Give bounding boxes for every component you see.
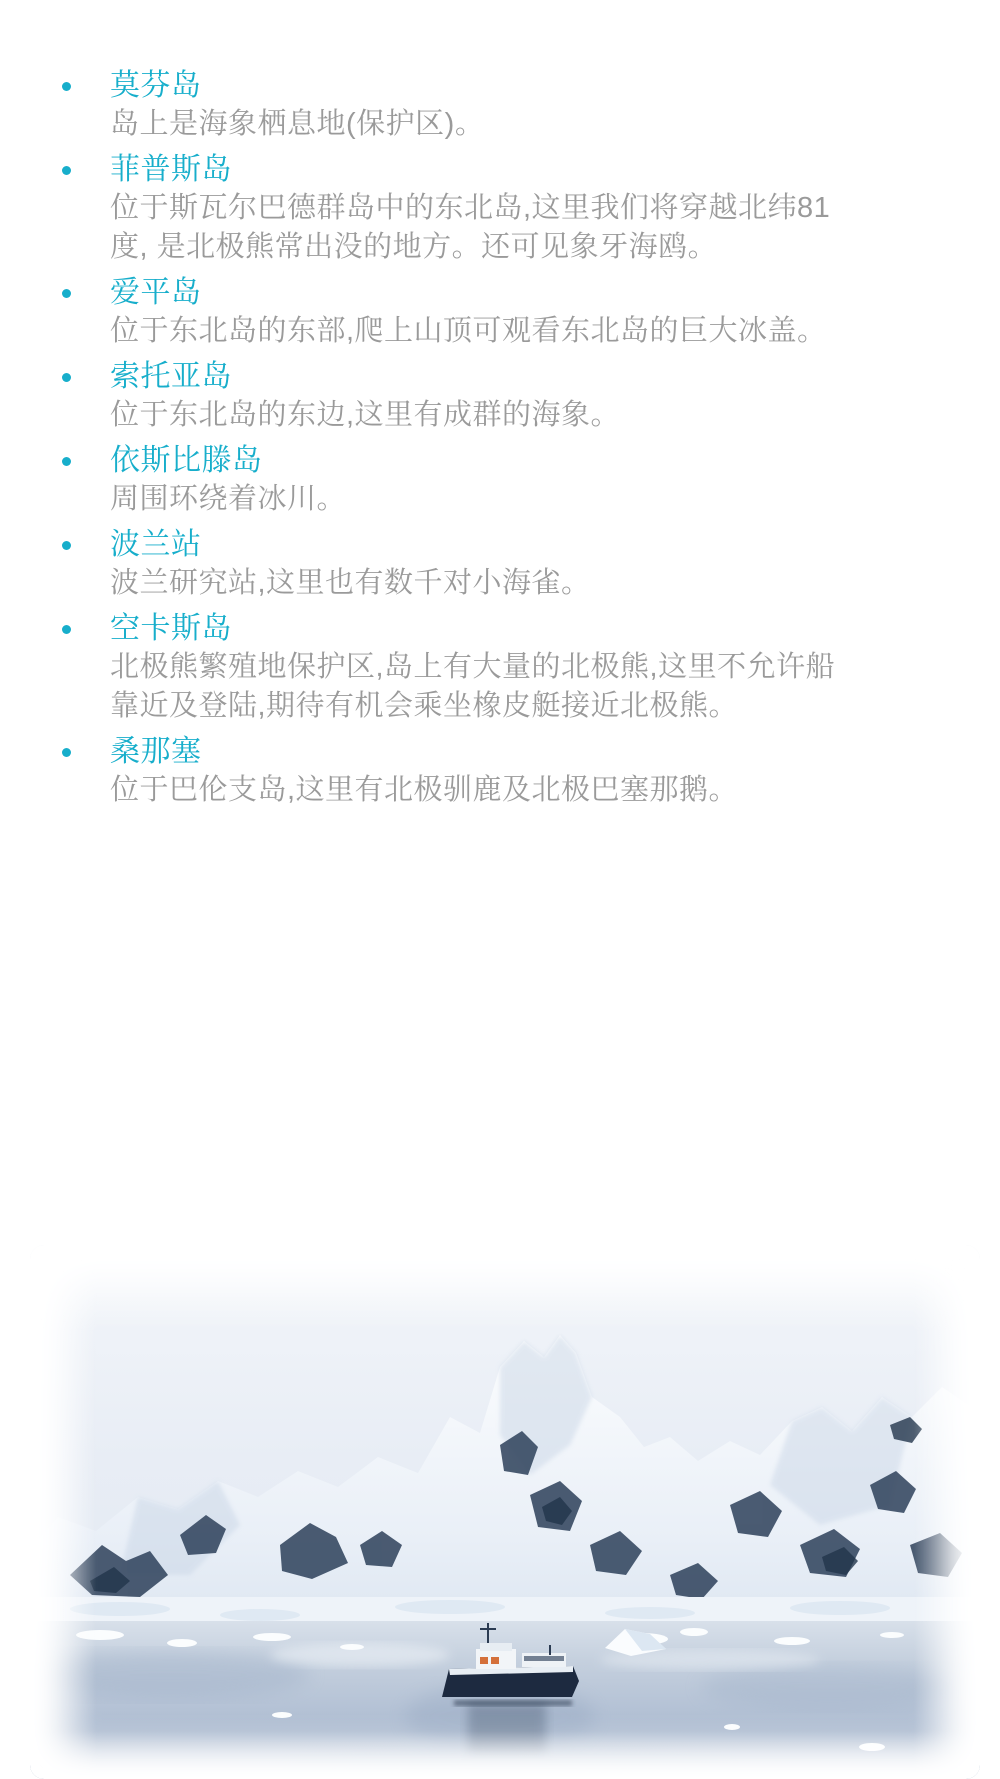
list-item: 依斯比滕岛 周围环绕着冰川。 bbox=[62, 441, 860, 519]
bullet-icon bbox=[62, 457, 71, 466]
ship-reflection bbox=[468, 1703, 546, 1755]
ship-lifeboat bbox=[480, 1657, 488, 1664]
list-item: 爱平岛 位于东北岛的东部,爬上山顶可观看东北岛的巨大冰盖。 bbox=[62, 273, 860, 351]
island-description: 岛上是海象栖息地(保护区)。 bbox=[110, 105, 842, 144]
bullet-icon bbox=[62, 373, 71, 382]
island-description: 位于斯瓦尔巴德群岛中的东北岛,这里我们将穿越北纬81度, 是北极熊常出没的地方。… bbox=[110, 189, 842, 267]
bullet-icon bbox=[62, 82, 71, 91]
island-list: 莫芬岛 岛上是海象栖息地(保护区)。 菲普斯岛 位于斯瓦尔巴德群岛中的东北岛,这… bbox=[0, 66, 860, 816]
island-title: 爱平岛 bbox=[110, 273, 860, 312]
island-title: 依斯比滕岛 bbox=[110, 441, 860, 480]
island-description: 北极熊繁殖地保护区,岛上有大量的北极熊,这里不允许船靠近及登陆,期待有机会乘坐橡… bbox=[110, 648, 842, 726]
ship-lifeboat bbox=[491, 1657, 499, 1664]
island-title: 桑那塞 bbox=[110, 732, 860, 771]
list-item: 莫芬岛 岛上是海象栖息地(保护区)。 bbox=[62, 66, 860, 144]
island-description: 周围环绕着冰川。 bbox=[110, 480, 842, 519]
ship-bridge bbox=[480, 1643, 512, 1651]
arctic-expedition-ship-photo bbox=[30, 1245, 980, 1779]
bullet-icon bbox=[62, 166, 71, 175]
island-description: 位于巴伦支岛,这里有北极驯鹿及北极巴塞那鹅。 bbox=[110, 771, 842, 810]
document-page: { "colors": { "accent": "#17aecb", "body… bbox=[0, 0, 1000, 1779]
island-title: 波兰站 bbox=[110, 525, 860, 564]
island-title: 索托亚岛 bbox=[110, 357, 860, 396]
list-item: 菲普斯岛 位于斯瓦尔巴德群岛中的东北岛,这里我们将穿越北纬81度, 是北极熊常出… bbox=[62, 150, 860, 267]
list-item: 空卡斯岛 北极熊繁殖地保护区,岛上有大量的北极熊,这里不允许船靠近及登陆,期待有… bbox=[62, 609, 860, 726]
bullet-icon bbox=[62, 541, 71, 550]
island-description: 位于东北岛的东边,这里有成群的海象。 bbox=[110, 396, 842, 435]
island-description: 波兰研究站,这里也有数千对小海雀。 bbox=[110, 564, 842, 603]
island-title: 菲普斯岛 bbox=[110, 150, 860, 189]
ship-window-band bbox=[524, 1656, 564, 1661]
list-item: 索托亚岛 位于东北岛的东边,这里有成群的海象。 bbox=[62, 357, 860, 435]
bullet-icon bbox=[62, 289, 71, 298]
bullet-icon bbox=[62, 625, 71, 634]
ship-waterline-shadow bbox=[454, 1700, 572, 1706]
island-description: 位于东北岛的东部,爬上山顶可观看东北岛的巨大冰盖。 bbox=[110, 312, 842, 351]
island-title: 空卡斯岛 bbox=[110, 609, 860, 648]
list-item: 波兰站 波兰研究站,这里也有数千对小海雀。 bbox=[62, 525, 860, 603]
bullet-icon bbox=[62, 748, 71, 757]
island-title: 莫芬岛 bbox=[110, 66, 860, 105]
arctic-scene-graphic bbox=[30, 1245, 980, 1779]
list-item: 桑那塞 位于巴伦支岛,这里有北极驯鹿及北极巴塞那鹅。 bbox=[62, 732, 860, 810]
